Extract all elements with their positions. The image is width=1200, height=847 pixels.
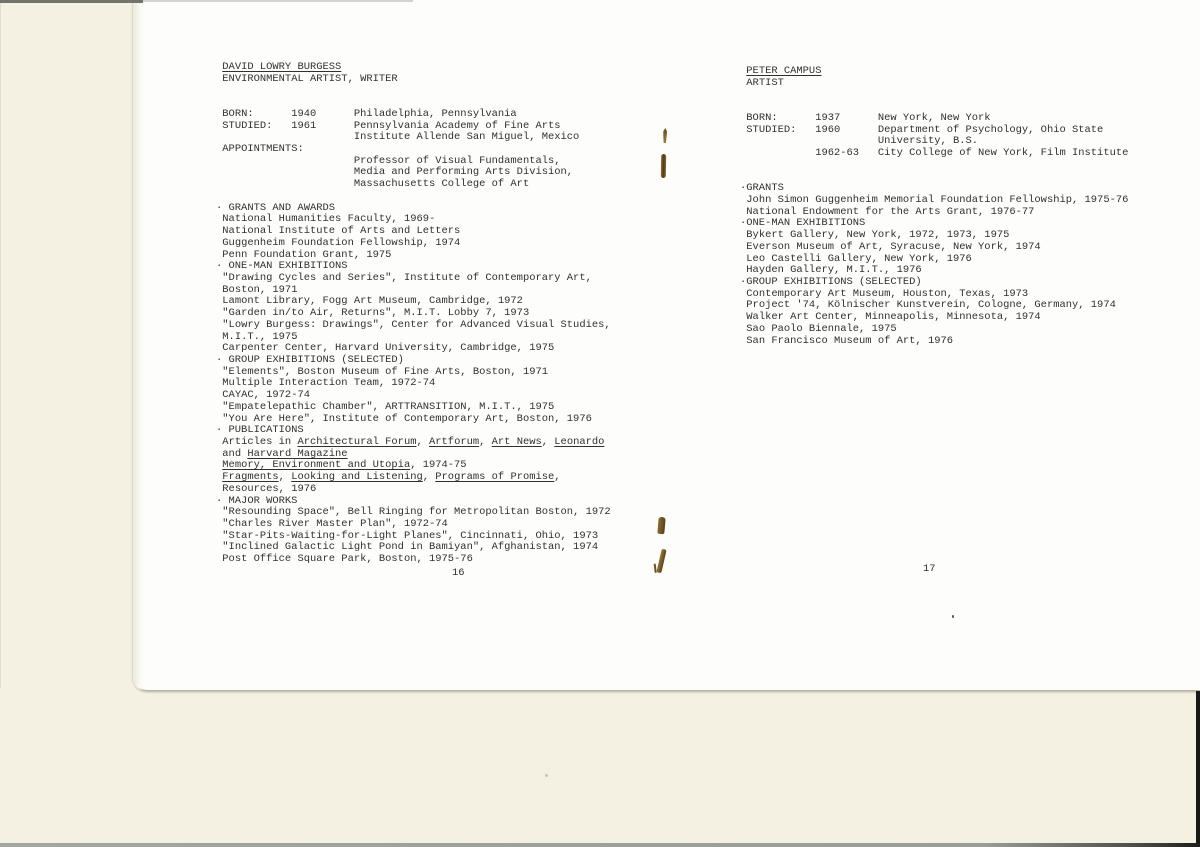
underlined-text: Art News <box>492 436 542 448</box>
page-number-16: 16 <box>452 568 465 580</box>
sections-block: ·GRANTS John Simon Guggenheim Memorial F… <box>740 183 1128 347</box>
artist-profession: ENVIRONMENTAL ARTIST, WRITER <box>216 74 611 86</box>
section-lines: Contemporary Art Museum, Houston, Texas,… <box>740 289 1128 348</box>
left-page-biography: DAVID LOWRY BURGESS ENVIRONMENTAL ARTIST… <box>216 62 611 566</box>
section-major-works: · MAJOR WORKS "Resounding Space", Bell R… <box>216 496 611 566</box>
section-one-man-exhibitions: ·ONE-MAN EXHIBITIONS Bykert Gallery, New… <box>740 218 1128 277</box>
right-page-biography: PETER CAMPUS ARTIST BORN: 1937 New York,… <box>740 66 1128 347</box>
bio-block: BORN: 1940 Philadelphia, PennsylvaniaSTU… <box>216 109 611 191</box>
text-line: Post Office Square Park, Boston, 1975-76 <box>222 554 610 566</box>
artist-name: PETER CAMPUS <box>746 65 821 77</box>
section-lines: Bykert Gallery, New York, 1972, 1973, 19… <box>740 230 1128 277</box>
sections-block: · GRANTS AND AWARDS National Humanities … <box>216 203 611 566</box>
underlined-text: Artforum <box>429 436 479 448</box>
text-line: "Drawing Cycles and Series", Institute o… <box>222 273 610 285</box>
section-grants-and-awards: · GRANTS AND AWARDS National Humanities … <box>216 203 611 262</box>
text-line: BORN: 1937 New York, New York <box>746 113 1128 125</box>
text-line: John Simon Guggenheim Memorial Foundatio… <box>746 195 1128 207</box>
scan-edge-top-faint <box>143 0 413 2</box>
artist-name: DAVID LOWRY BURGESS <box>222 61 341 73</box>
section-grants: ·GRANTS John Simon Guggenheim Memorial F… <box>740 183 1128 218</box>
text-line: Massachusetts College of Art <box>222 179 610 191</box>
binding-thread-mark <box>661 154 666 178</box>
section-lines: "Elements", Boston Museum of Fine Arts, … <box>216 367 611 426</box>
section-group-exhibitions: · GROUP EXHIBITIONS (SELECTED) "Elements… <box>216 355 611 425</box>
section-lines: Articles in Architectural Forum, Artforu… <box>216 437 611 496</box>
text-line: "Lowry Burgess: Drawings", Center for Ad… <box>222 320 610 332</box>
section-lines: "Drawing Cycles and Series", Institute o… <box>216 273 611 355</box>
text-line: "Charles River Master Plan", 1972-74 <box>222 519 610 531</box>
section-lines: National Humanities Faculty, 1969-Nation… <box>216 214 611 261</box>
section-lines: John Simon Guggenheim Memorial Foundatio… <box>740 195 1128 218</box>
text-line: Resources, 1976 <box>222 484 610 496</box>
section-header: · GROUP EXHIBITIONS (SELECTED) <box>216 355 611 367</box>
section-publications: · PUBLICATIONS Articles in Architectural… <box>216 425 611 495</box>
scan-edge-right <box>1196 691 1200 843</box>
text-line: BORN: 1940 Philadelphia, Pennsylvania <box>222 109 610 121</box>
scanned-book-spread: DAVID LOWRY BURGESS ENVIRONMENTAL ARTIST… <box>0 0 1200 847</box>
underlined-text: Memory, Environment and Utopia <box>222 459 410 471</box>
scan-edge-top <box>0 0 143 3</box>
scan-edge-bottom <box>0 843 1200 847</box>
underlined-text: Architectural Forum <box>297 436 416 448</box>
page-number-17: 17 <box>923 564 936 576</box>
underlined-text: Harvard Magazine <box>247 448 347 460</box>
underlined-text: Looking and Listening <box>291 471 423 483</box>
text-line: Guggenheim Foundation Fellowship, 1974 <box>222 238 610 250</box>
text-line: Sao Paolo Biennale, 1975 <box>746 324 1128 336</box>
artist-name-line: PETER CAMPUS <box>740 66 1128 78</box>
section-header: ·GROUP EXHIBITIONS (SELECTED) <box>740 277 1128 289</box>
text-line: "Empatelepathic Chamber", ARTTRANSITION,… <box>222 402 610 414</box>
text-line: APPOINTMENTS: <box>222 144 610 156</box>
text-line: San Francisco Museum of Art, 1976 <box>746 336 1128 348</box>
text-line: Everson Museum of Art, Syracuse, New Yor… <box>746 242 1128 254</box>
section-group-exhibitions: ·GROUP EXHIBITIONS (SELECTED) Contempora… <box>740 277 1128 347</box>
bio-block: BORN: 1937 New York, New YorkSTUDIED: 19… <box>740 113 1128 160</box>
section-lines: "Resounding Space", Bell Ringing for Met… <box>216 507 611 566</box>
underlying-page-bottom <box>0 688 1200 845</box>
paper-speck <box>545 774 548 777</box>
ink-speck <box>952 615 954 618</box>
text-line: 1962-63 City College of New York, Film I… <box>746 148 1128 160</box>
underlined-text: Programs of Promise <box>435 471 554 483</box>
binding-thread-mark <box>657 517 665 535</box>
artist-name-line: DAVID LOWRY BURGESS <box>216 62 611 74</box>
section-one-man-exhibitions: · ONE-MAN EXHIBITIONS "Drawing Cycles an… <box>216 261 611 355</box>
underlined-text: Fragments <box>222 471 278 483</box>
underlined-text: Leonardo <box>554 436 604 448</box>
artist-profession: ARTIST <box>740 78 1128 90</box>
